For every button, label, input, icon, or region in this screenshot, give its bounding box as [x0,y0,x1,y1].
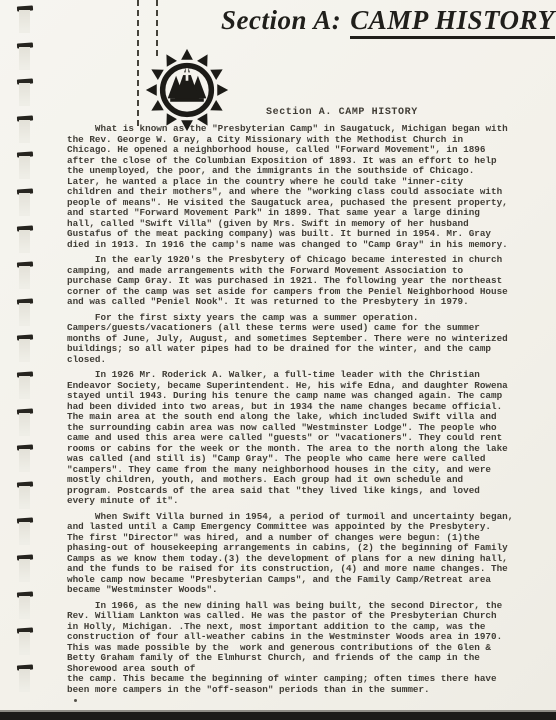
camp-logo [145,48,229,132]
binding-hole-shadow [19,596,30,619]
binding-hole-shadow [19,266,30,289]
paragraph: In 1926 Mr. Roderick A. Walker, a full-t… [67,370,525,507]
comb-binding-strip [0,0,55,720]
binding-hole [17,335,41,365]
binding-hole [17,592,41,622]
binding-hole-shadow [19,230,30,253]
paragraph: In 1966, as the new dining hall was bein… [67,601,525,696]
scan-speck [74,699,77,702]
binding-hole [17,445,41,475]
binding-hole-shadow [19,559,30,582]
binding-hole-shadow [19,669,30,692]
binding-hole-shadow [19,486,30,509]
binding-hole-shadow [19,193,30,216]
binding-hole [17,43,41,73]
section-heading: Section A. CAMP HISTORY [266,107,418,118]
binding-hole [17,299,41,329]
binding-hole-shadow [19,10,30,33]
binding-hole [17,116,41,146]
scan-bottom-edge [0,710,556,720]
binding-hole-shadow [19,449,30,472]
binding-hole [17,482,41,512]
paragraph: In the early 1920's the Presbytery of Ch… [67,255,525,308]
binding-hole [17,372,41,402]
binding-hole-shadow [19,413,30,436]
binding-hole [17,555,41,585]
binding-hole [17,189,41,219]
binding-hole-shadow [19,156,30,179]
paragraph: What is known as the "Presbyterian Camp"… [67,124,525,250]
scanned-document-page: Section A:CAMP HISTORY [0,0,556,720]
document-body: What is known as the "Presbyterian Camp"… [67,124,525,700]
binding-hole-shadow [19,339,30,362]
binding-hole [17,262,41,292]
binding-hole [17,79,41,109]
binding-hole [17,518,41,548]
paragraph: When Swift Villa burned in 1954, a perio… [67,512,525,596]
binding-hole [17,152,41,182]
binding-hole-shadow [19,83,30,106]
binding-hole-shadow [19,522,30,545]
title-prefix: Section A: [221,5,341,35]
binding-hole [17,226,41,256]
binding-hole [17,6,41,36]
binding-hole-shadow [19,632,30,655]
page-title: Section A:CAMP HISTORY [221,5,555,36]
paragraph: For the first sixty years the camp was a… [67,313,525,366]
binding-hole-shadow [19,376,30,399]
sun-rays-cross-trees-icon [145,48,229,132]
title-emphasis: CAMP HISTORY [350,5,554,39]
binding-hole-shadow [19,120,30,143]
binding-hole [17,628,41,658]
binding-hole-shadow [19,303,30,326]
binding-hole [17,409,41,439]
binding-hole [17,665,41,695]
registration-dashed-line-left [137,0,139,126]
binding-hole-shadow [19,47,30,70]
